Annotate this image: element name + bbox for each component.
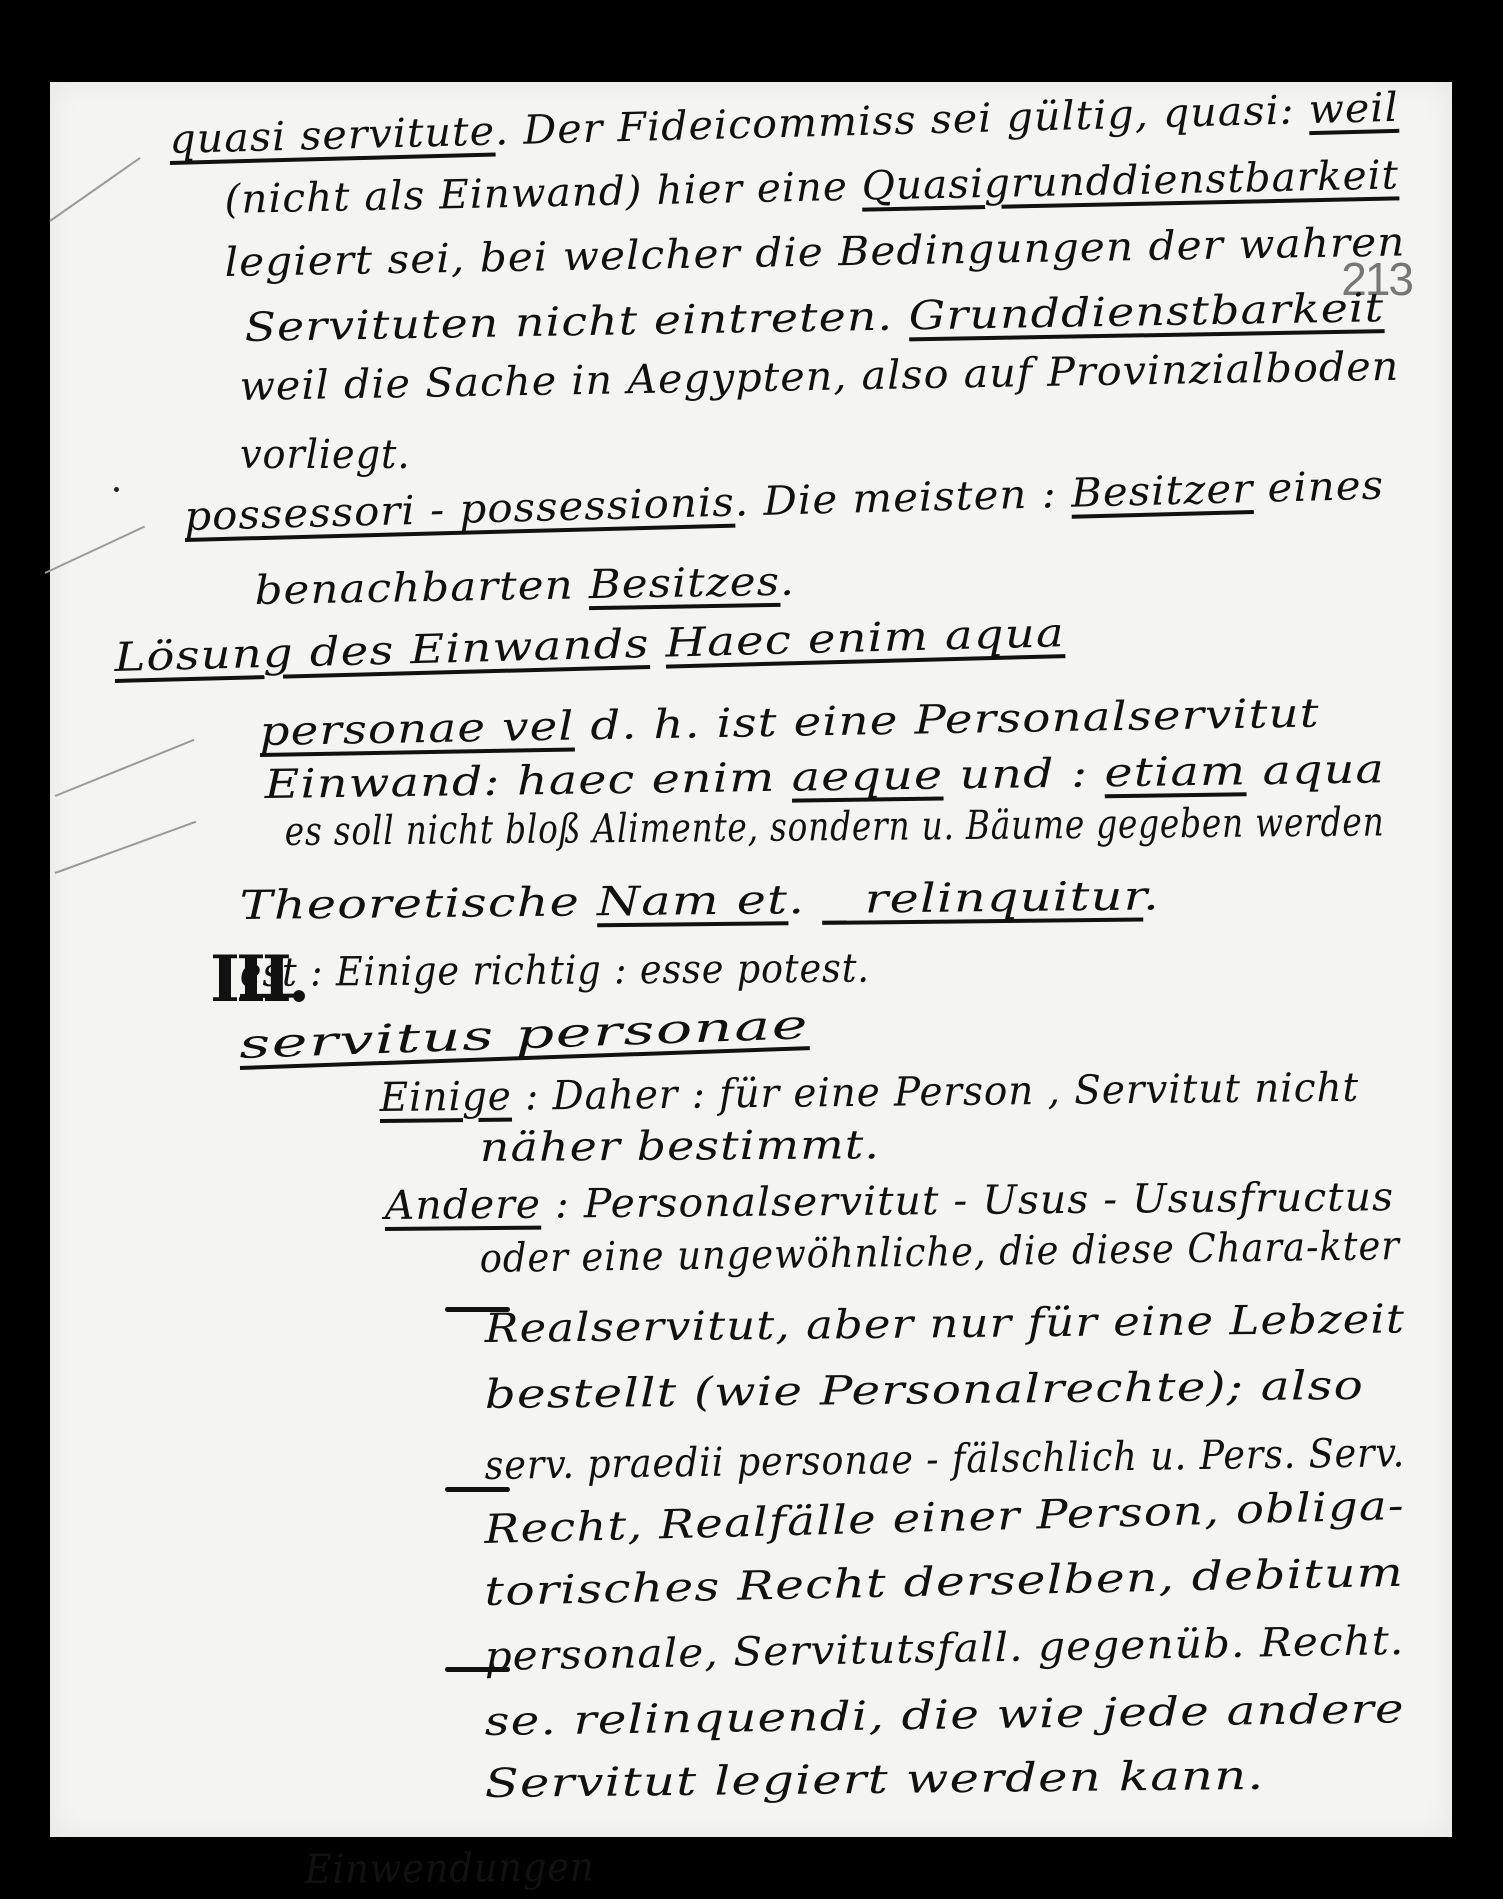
line-text: : Daher : für eine Person , Servitut nic… bbox=[512, 1065, 1360, 1120]
underlined-term: Einige bbox=[380, 1074, 512, 1121]
line-text: Einwendungen bbox=[305, 1844, 595, 1893]
underlined-term: Nam et bbox=[597, 877, 789, 925]
underlined-term: weil bbox=[1308, 85, 1399, 133]
line-text: benachbarten bbox=[254, 562, 589, 614]
margin-dot bbox=[114, 487, 119, 492]
underlined-term: Andere bbox=[385, 1182, 542, 1229]
underlined-term: aeque bbox=[791, 753, 943, 801]
line-text: : Einige richtig : esse potest. bbox=[297, 946, 870, 996]
manuscript-line: Theoretische Nam et. _ relinquitur. bbox=[240, 873, 1161, 929]
underlined-term: Besitzes bbox=[588, 559, 780, 608]
line-text: Servitut legiert werden kann. bbox=[485, 1753, 1265, 1807]
line-text: . bbox=[780, 559, 796, 605]
manuscript-line: näher bestimmt. bbox=[480, 1122, 880, 1171]
manuscript-line: bestellt (wie Personalrechte); also bbox=[485, 1363, 1365, 1418]
manuscript-line: Einwendungen bbox=[305, 1844, 595, 1893]
manuscript-line: Realservitut, aber nur für eine Lebzeit bbox=[485, 1296, 1406, 1352]
underlined-term: personae vel bbox=[259, 704, 575, 755]
line-text: Theoretische bbox=[240, 879, 598, 929]
manuscript-line: est : Einige richtig : esse potest. bbox=[240, 946, 870, 996]
line-text: . bbox=[788, 877, 822, 923]
line-text: und : bbox=[943, 750, 1105, 798]
underlined-term: Grunddienstbarkeit bbox=[908, 285, 1384, 339]
line-text: aqua bbox=[1246, 746, 1385, 794]
line-text: vorliegt. bbox=[240, 432, 410, 478]
line-text bbox=[649, 621, 666, 667]
manuscript-line: benachbarten Besitzes. bbox=[254, 559, 795, 614]
line-text: . bbox=[1143, 873, 1160, 919]
underlined-term: _ relinquitur bbox=[822, 874, 1143, 923]
underlined-term: Besitzer bbox=[1071, 466, 1254, 517]
margin-pencil-stroke bbox=[55, 821, 197, 874]
line-text: Realservitut, aber nur für eine Lebzeit bbox=[485, 1296, 1406, 1352]
line-text: . Die meisten : bbox=[734, 471, 1072, 526]
manuscript-line: vorliegt. bbox=[240, 432, 410, 478]
margin-pencil-stroke bbox=[55, 739, 195, 797]
margin-pencil-stroke bbox=[49, 157, 140, 222]
line-text: eines bbox=[1253, 463, 1385, 512]
margin-pencil-stroke bbox=[45, 526, 146, 574]
manuscript-line: Andere : Personalservitut - Usus - Ususf… bbox=[385, 1174, 1395, 1229]
line-text: Einwand: haec enim bbox=[264, 755, 792, 808]
manuscript-line: es soll nicht bloß Alimente, sondern u. … bbox=[285, 799, 1385, 855]
line-text: näher bestimmt. bbox=[480, 1122, 880, 1171]
underlined-term: est bbox=[240, 950, 298, 996]
underlined-term: etiam bbox=[1104, 748, 1246, 796]
line-text: : Personalservitut - Usus - Ususfructus bbox=[541, 1174, 1394, 1227]
line-text: bestellt (wie Personalrechte); also bbox=[485, 1363, 1365, 1418]
manuscript-line: Servitut legiert werden kann. bbox=[485, 1753, 1265, 1807]
underlined-term: quasi servitute bbox=[169, 108, 496, 163]
line-text: es soll nicht bloß Alimente, sondern u. … bbox=[285, 799, 1385, 855]
